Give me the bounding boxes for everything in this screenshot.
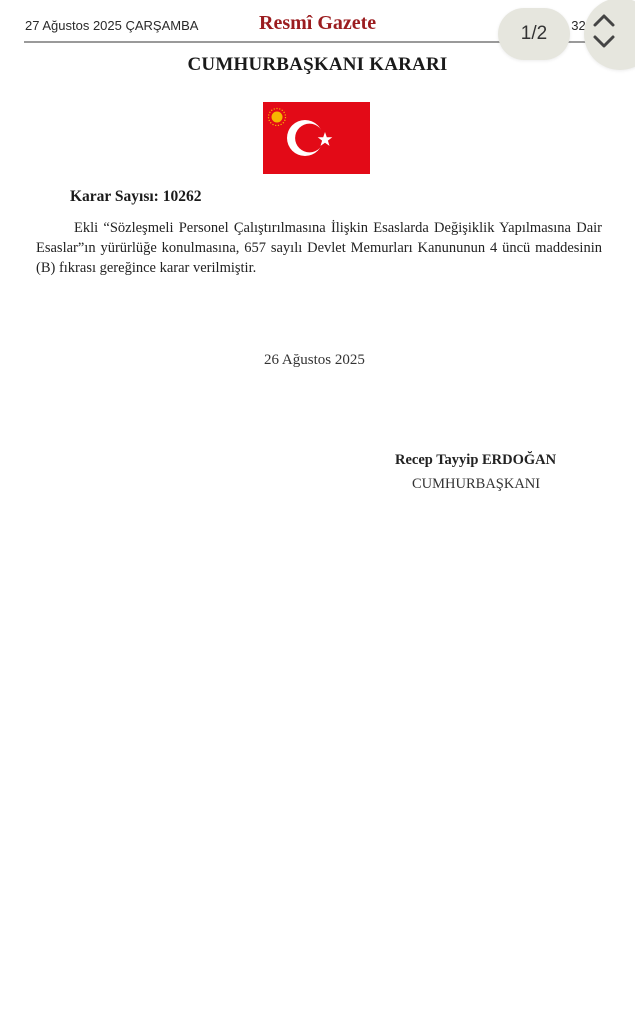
header-date: 27 Ağustos 2025 ÇARŞAMBA <box>25 18 198 33</box>
signer-title: CUMHURBAŞKANI <box>412 476 540 493</box>
page-indicator-label: 1/2 <box>521 23 547 45</box>
chevron-down-icon[interactable] <box>591 34 617 50</box>
page-indicator[interactable]: 1/2 <box>498 8 570 60</box>
decision-number: Karar Sayısı: 10262 <box>70 188 201 206</box>
signature-date: 26 Ağustos 2025 <box>264 352 365 369</box>
signer-name: Recep Tayyip ERDOĞAN <box>395 452 556 469</box>
chevron-up-icon[interactable] <box>591 12 617 28</box>
decision-paragraph: Ekli “Sözleşmeli Personel Çalıştırılması… <box>36 218 602 278</box>
publication-title: Resmî Gazete <box>259 12 376 35</box>
presidential-flag-icon <box>263 102 370 174</box>
decision-body: Ekli “Sözleşmeli Personel Çalıştırılması… <box>36 218 602 278</box>
document-title: CUMHURBAŞKANI KARARI <box>0 54 635 76</box>
